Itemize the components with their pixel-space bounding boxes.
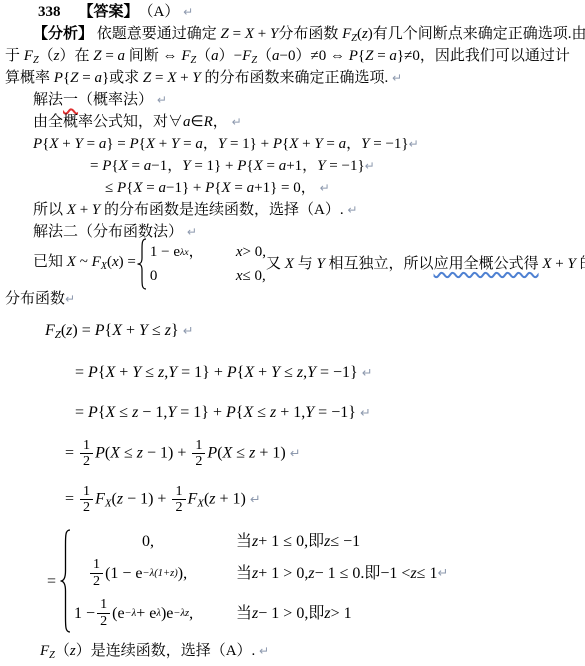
- text-run: X: [223, 445, 233, 462]
- text-run: ≤ 0,: [243, 266, 266, 287]
- text-run: 解法: [33, 92, 63, 108]
- paragraph-mark-icon: ↵: [183, 225, 197, 239]
- text-run: x: [236, 242, 243, 263]
- text-run: 1 − e: [150, 242, 180, 263]
- text-run: X: [285, 256, 294, 272]
- text-run: X: [222, 180, 231, 196]
- text-run: = 1} +: [177, 364, 227, 381]
- text-run: （A）: [131, 4, 179, 20]
- solution1-line-4: ≤ P{X = a−1} + P{X = a+1} = 0， ↵: [105, 178, 330, 199]
- fx-definition-line: 已知 X ~ FX(x) = 1 − eλx，x > 0,0x ≤ 0, 又 X…: [33, 238, 585, 290]
- fraction-denominator: 2: [192, 454, 205, 469]
- text-run: ，: [167, 158, 182, 174]
- case-value: 1 − 12(e−λ + eλ)e−λz,: [74, 597, 222, 629]
- text-run: Y: [182, 158, 190, 174]
- case-condition: 当z + 1 > 0,z − 1 ≤ 0.即−1 < z ≤ 1 ↵: [222, 563, 448, 584]
- text-run: a: [272, 48, 280, 64]
- fz-formula-4: = 12P(X ≤ z − 1) + 12P(X ≤ z + 1) ↵: [65, 438, 300, 470]
- text-run: {: [98, 404, 106, 421]
- text-run: }: [171, 322, 179, 339]
- text-run: +: [76, 202, 92, 218]
- text-run: −λ: [125, 603, 137, 624]
- text-run: 0,: [142, 531, 154, 552]
- text-run: 当: [236, 603, 252, 624]
- text-run: R: [204, 114, 213, 130]
- text-run: +: [115, 364, 132, 381]
- text-run: + 1 ≤ 0,: [258, 531, 308, 552]
- text-run: } =: [106, 136, 129, 152]
- text-run: ）是连续函数，选择（A）.: [76, 643, 259, 659]
- text-run: 的分布函数是连续函数，选择（A）.: [100, 202, 347, 218]
- text-run: F: [342, 26, 351, 42]
- text-run: X: [146, 136, 155, 152]
- text-run: =: [231, 180, 247, 196]
- text-run: + 1): [216, 491, 246, 508]
- text-run: （概率法）: [78, 92, 153, 108]
- fz-formula-3: = P{X ≤ z − 1,Y = 1} + P{X ≤ z + 1,Y = −…: [75, 402, 371, 424]
- text-run: X: [106, 364, 116, 381]
- text-run: P: [227, 364, 237, 381]
- text-run: 分布函数: [5, 291, 65, 307]
- fraction: 12: [172, 484, 185, 516]
- fx-suffix: 又 X 与 Y 相互独立，所以应用全概公式得 X + Y 的: [266, 254, 585, 275]
- text-run: X: [197, 498, 204, 510]
- paragraph-mark-icon: ↵: [358, 366, 373, 381]
- text-run: P: [88, 404, 98, 421]
- fraction-numerator: 1: [80, 438, 93, 454]
- text-run: (e: [112, 603, 124, 624]
- text-run: =: [90, 158, 102, 174]
- text-run: ）: [219, 48, 234, 64]
- case-value: 1 − eλx，: [150, 242, 236, 263]
- case-row: 1 − 12(e−λ + eλ)e−λz,当z − 1 > 0,即z > 1: [74, 593, 448, 633]
- text-run: P: [205, 180, 214, 196]
- text-run: ≤: [232, 445, 249, 462]
- text-run: F: [95, 491, 105, 508]
- text-run: ≤: [115, 404, 132, 421]
- text-run: +: [552, 256, 568, 272]
- text-run: + 1 > 0,: [258, 563, 308, 584]
- text-run: 或求: [109, 70, 143, 86]
- text-run: Y: [75, 136, 83, 152]
- text-run: P: [95, 445, 105, 462]
- document-page: 338【答案】 （A） ↵ 【分析】 依题意要通过确定 Z = X + Y分布函…: [0, 0, 585, 666]
- text-run: =: [323, 136, 339, 152]
- text-run: 一: [63, 92, 78, 108]
- text-run: = −1}: [314, 404, 356, 421]
- text-run: =: [128, 158, 144, 174]
- solution1-conclusion: 所以 X + Y 的分布函数是连续函数，选择（A）. ↵: [33, 200, 357, 221]
- paragraph-mark-icon: ↵: [228, 115, 242, 129]
- text-run: −: [234, 48, 242, 64]
- fraction: 12: [80, 438, 93, 470]
- answer-line: 338【答案】 （A） ↵: [38, 2, 193, 23]
- fraction-numerator: 1: [172, 484, 185, 500]
- text-run: F: [40, 643, 49, 659]
- text-run: Y: [167, 404, 176, 421]
- final-conclusion: FZ（z）是连续函数，选择（A）. ↵: [40, 641, 269, 666]
- text-run: P: [33, 136, 42, 152]
- text-run: +: [59, 136, 75, 152]
- text-run: +: [176, 70, 192, 86]
- text-run: a: [195, 136, 203, 152]
- text-run: 间断 ⇔: [125, 48, 181, 64]
- text-run: ) =: [119, 254, 136, 270]
- text-run: Y: [139, 322, 148, 339]
- text-run: −λz: [173, 603, 189, 624]
- text-run: Z: [221, 26, 229, 42]
- text-run: X: [67, 254, 76, 270]
- fraction-numerator: 1: [192, 438, 205, 454]
- analysis-line-3: 算概率 P{Z = a}或求 Z = X + Y 的分布函数来确定正确选项. ↵: [5, 68, 402, 89]
- equals-sign: =: [47, 571, 56, 592]
- fz-piecewise: = 0,当z + 1 ≤ 0,即z ≤ −112(1 − e−λ(1+z)),当…: [47, 528, 448, 634]
- text-run: X: [542, 256, 551, 272]
- text-run: +: [122, 322, 139, 339]
- text-run: Y: [168, 364, 177, 381]
- text-run: +: [155, 136, 171, 152]
- fraction: 12: [192, 438, 205, 470]
- fz-formula-5: = 12FX(z − 1) + 12FX(z + 1) ↵: [65, 484, 261, 516]
- left-brace-icon: [136, 238, 148, 290]
- text-run: （: [196, 48, 211, 64]
- text-run: 于: [5, 48, 24, 64]
- text-run: a: [389, 48, 397, 64]
- text-run: > 1: [331, 603, 352, 624]
- distribution-label: 分布函数↵: [5, 289, 75, 310]
- text-run: Y: [132, 364, 141, 381]
- text-run: 当: [236, 563, 252, 584]
- fz-formula-1: FZ(z) = P{X + Y ≤ z} ↵: [45, 320, 193, 346]
- text-run: − 1 > 0,: [258, 603, 308, 624]
- fraction-numerator: 1: [90, 557, 103, 573]
- case-value: 12(1 − e−λ(1+z)),: [74, 557, 222, 589]
- text-run: P: [273, 136, 282, 152]
- text-run: =: [143, 180, 159, 196]
- text-run: ≤: [280, 364, 297, 381]
- text-run: x: [236, 266, 243, 287]
- fraction: 12: [90, 557, 103, 589]
- text-run: {: [246, 158, 253, 174]
- case-row: 0,当z + 1 ≤ 0,即z ≤ −1: [74, 529, 448, 553]
- solution1-title: 解法一（概率法） ↵: [33, 90, 167, 111]
- text-run: P: [237, 158, 246, 174]
- text-run: 又: [266, 256, 285, 272]
- text-run: ，: [203, 136, 218, 152]
- text-run: （: [55, 643, 70, 659]
- text-run: ）: [295, 48, 310, 64]
- text-run: }≠0: [397, 48, 420, 64]
- text-run: ≤: [105, 180, 117, 196]
- text-run: ≤: [120, 445, 137, 462]
- paragraph-mark-icon: ↵: [179, 5, 193, 19]
- text-run: ，: [302, 158, 317, 174]
- fraction-denominator: 2: [90, 574, 103, 589]
- text-run: P: [226, 404, 236, 421]
- paragraph-mark-icon: ↵: [259, 644, 269, 658]
- text-run: Y: [307, 364, 316, 381]
- fraction-denominator: 2: [80, 454, 93, 469]
- text-run: − 1) +: [123, 491, 170, 508]
- text-run: =: [78, 70, 94, 86]
- text-run: 依题意要通过确定: [93, 26, 221, 42]
- paragraph-mark-icon: ↵: [347, 203, 357, 217]
- text-run: P: [95, 322, 105, 339]
- text-run: −1 <: [380, 563, 410, 584]
- text-run: Z: [93, 48, 101, 64]
- text-run: ≤ −1: [330, 531, 360, 552]
- fraction-denominator: 2: [80, 500, 93, 515]
- text-run: 0: [150, 266, 158, 287]
- case-value: 0,: [74, 531, 222, 552]
- text-run: Y: [192, 70, 200, 86]
- text-run: Z: [143, 70, 151, 86]
- text-run: ，: [189, 242, 204, 263]
- text-run: 分布函数: [278, 26, 342, 42]
- text-run: X: [244, 364, 254, 381]
- text-run: = −1}: [316, 364, 358, 381]
- text-run: P: [102, 158, 111, 174]
- text-run: =: [102, 48, 118, 64]
- text-run: X: [112, 322, 122, 339]
- text-run: ~: [76, 254, 92, 270]
- text-run: =: [75, 404, 88, 421]
- text-run: = 1} +: [176, 404, 226, 421]
- text-run: 即: [308, 531, 324, 552]
- text-run: a: [118, 48, 126, 64]
- fraction: 12: [80, 484, 93, 516]
- text-run: )e: [161, 603, 173, 624]
- text-run: 的分布函数来确定正确选项.: [201, 70, 392, 86]
- text-run: {: [111, 158, 118, 174]
- text-run: = 1} +: [191, 158, 238, 174]
- paragraph-mark-icon: ↵: [365, 159, 375, 173]
- text-run: = −1}: [326, 158, 365, 174]
- text-run: =: [229, 26, 245, 42]
- text-run: X: [49, 136, 58, 152]
- text-run: +: [254, 364, 271, 381]
- text-run: X: [67, 202, 76, 218]
- text-run: =: [75, 364, 88, 381]
- text-run: ≤ 1: [417, 563, 438, 584]
- text-run: ≠0: [311, 48, 327, 64]
- solution1-line-3: = P{X = a−1，Y = 1} + P{X = a+1，Y = −1}↵: [90, 156, 375, 177]
- case-row: 0x ≤ 0,: [150, 264, 266, 288]
- text-run: + 1): [255, 445, 285, 462]
- solution1-line-2: P{X + Y = a} = P{X + Y = a，Y = 1} + P{X …: [33, 134, 419, 155]
- paragraph-mark-icon: ↵: [316, 181, 330, 195]
- paragraph-mark-icon: ↵: [65, 292, 75, 306]
- text-run: Y: [317, 158, 325, 174]
- paragraph-mark-icon: ↵: [286, 447, 301, 462]
- text-run: x: [112, 254, 119, 270]
- text-run: =: [151, 70, 167, 86]
- case-row: 1 − eλx，x > 0,: [150, 240, 266, 264]
- text-run: −λ(1+z): [143, 563, 178, 584]
- text-run: ∈: [191, 114, 204, 130]
- paragraph-mark-icon: ↵: [356, 406, 371, 421]
- text-run: a: [211, 48, 219, 64]
- text-run: {: [139, 136, 146, 152]
- text-run: λx: [180, 242, 189, 263]
- text-run: ⇔: [326, 48, 349, 64]
- text-run: Y: [92, 202, 100, 218]
- fx-cases: 1 − eλx，x > 0,0x ≤ 0,: [150, 240, 266, 288]
- text-run: Y: [218, 136, 226, 152]
- text-run: （: [257, 48, 272, 64]
- text-run: ）在: [59, 48, 93, 64]
- text-run: =: [83, 136, 99, 152]
- text-run: 当: [236, 531, 252, 552]
- text-run: − 1) +: [143, 445, 190, 462]
- text-run: X: [243, 404, 253, 421]
- text-run: Y: [567, 256, 575, 272]
- text-run: a: [183, 114, 191, 130]
- text-run: ) =: [72, 322, 94, 339]
- text-run: {: [214, 180, 221, 196]
- text-run: 【分析】: [33, 26, 93, 42]
- text-run: 由全概率公式知，对∀: [33, 114, 183, 130]
- text-run: X: [110, 445, 120, 462]
- text-run: −1} +: [166, 180, 205, 196]
- text-run: = −1}: [370, 136, 409, 152]
- text-run: +1} = 0: [254, 180, 301, 196]
- paragraph-mark-icon: ↵: [179, 324, 194, 339]
- text-run: 有几个间断点来确定正确选项.由: [373, 26, 585, 42]
- case-condition: x > 0,: [236, 242, 266, 263]
- case-condition: 当z − 1 > 0,即z > 1: [222, 603, 352, 624]
- text-run: P: [117, 180, 126, 196]
- case-value: 0: [150, 266, 236, 287]
- paragraph-mark-icon: ↵: [437, 563, 448, 584]
- case-row: 12(1 − e−λ(1+z)),当z + 1 > 0,z − 1 ≤ 0.即−…: [74, 553, 448, 593]
- text-run: ≤: [141, 364, 158, 381]
- fz-cases: 0,当z + 1 ≤ 0,即z ≤ −112(1 − e−λ(1+z)),当z …: [74, 529, 448, 633]
- text-run: F: [242, 48, 251, 64]
- text-run: − 1 ≤ 0.: [315, 563, 365, 584]
- text-run: 的: [576, 256, 585, 272]
- text-run: X: [105, 498, 112, 510]
- text-run: X: [106, 404, 116, 421]
- paragraph-mark-icon: ↵: [153, 93, 167, 107]
- text-run: 1 −: [74, 603, 95, 624]
- text-run: ，因此我们可以通过计: [420, 48, 570, 64]
- text-run: −1: [151, 158, 167, 174]
- text-run: ，: [301, 180, 316, 196]
- text-run: 算概率: [5, 70, 54, 86]
- text-run: X: [245, 26, 254, 42]
- text-run: P: [130, 136, 139, 152]
- text-run: P: [207, 445, 217, 462]
- fraction-denominator: 2: [97, 614, 110, 629]
- text-run: P: [349, 48, 358, 64]
- case-condition: 当z + 1 ≤ 0,即z ≤ −1: [222, 531, 360, 552]
- text-run: X: [289, 136, 298, 152]
- text-run: F: [45, 322, 55, 339]
- text-run: ≤: [253, 404, 270, 421]
- text-run: Y: [314, 136, 322, 152]
- text-run: +: [298, 136, 314, 152]
- text-run: F: [188, 491, 198, 508]
- text-run: ≤: [148, 322, 165, 339]
- text-run: 与: [294, 256, 317, 272]
- text-run: =: [65, 491, 78, 508]
- text-run: +: [254, 26, 270, 42]
- text-run: ，: [213, 114, 228, 130]
- solution1-line-1: 由全概率公式知，对∀a∈R， ↵: [33, 112, 242, 133]
- text-run: {: [98, 364, 106, 381]
- text-run: F: [24, 48, 33, 64]
- text-run: +1: [286, 158, 302, 174]
- text-run: =: [263, 158, 279, 174]
- text-run: Y: [361, 136, 369, 152]
- text-run: X: [119, 158, 128, 174]
- fraction-numerator: 1: [97, 597, 110, 613]
- text-run: X: [254, 158, 263, 174]
- text-run: 338: [38, 4, 61, 20]
- text-run: X: [133, 180, 142, 196]
- text-run: Y: [271, 364, 280, 381]
- text-run: −0: [280, 48, 296, 64]
- text-run: 应用全概公式得: [434, 256, 539, 272]
- text-run: 【答案】: [79, 4, 132, 20]
- text-run: P: [54, 70, 63, 86]
- text-run: − 1,: [138, 404, 167, 421]
- text-run: =: [65, 445, 78, 462]
- text-run: ，: [346, 136, 361, 152]
- text-run: 即: [308, 603, 324, 624]
- fraction-numerator: 1: [80, 484, 93, 500]
- text-run: P: [88, 364, 98, 381]
- text-run: + e: [136, 603, 156, 624]
- fx-prefix: 已知 X ~ FX(x) =: [33, 252, 136, 277]
- text-run: = 1} +: [226, 136, 273, 152]
- text-run: (1 − e: [105, 563, 142, 584]
- text-run: a: [159, 180, 167, 196]
- text-run: 相互独立，所以: [325, 256, 434, 272]
- paragraph-mark-icon: ↵: [409, 137, 419, 151]
- text-run: =: [373, 48, 389, 64]
- paragraph-mark-icon: ↵: [246, 493, 261, 508]
- text-run: Y: [316, 256, 324, 272]
- text-run: + 1,: [276, 404, 305, 421]
- text-run: =: [179, 136, 195, 152]
- text-run: ,: [189, 603, 193, 624]
- fraction-denominator: 2: [172, 500, 185, 515]
- paragraph-mark-icon: ↵: [392, 71, 402, 85]
- case-condition: x ≤ 0,: [236, 266, 266, 287]
- text-run: 所以: [33, 202, 67, 218]
- text-run: ),: [178, 563, 187, 584]
- text-run: F: [92, 254, 101, 270]
- text-run: 即: [364, 563, 380, 584]
- text-run: 已知: [33, 254, 67, 270]
- text-run: > 0,: [243, 242, 266, 263]
- text-run: a: [94, 70, 102, 86]
- text-run: （: [39, 48, 54, 64]
- left-brace-icon: [59, 529, 72, 633]
- fraction: 12: [97, 597, 110, 629]
- text-run: Y: [305, 404, 314, 421]
- fz-formula-2: = P{X + Y ≤ z,Y = 1} + P{X + Y ≤ z,Y = −…: [75, 362, 373, 384]
